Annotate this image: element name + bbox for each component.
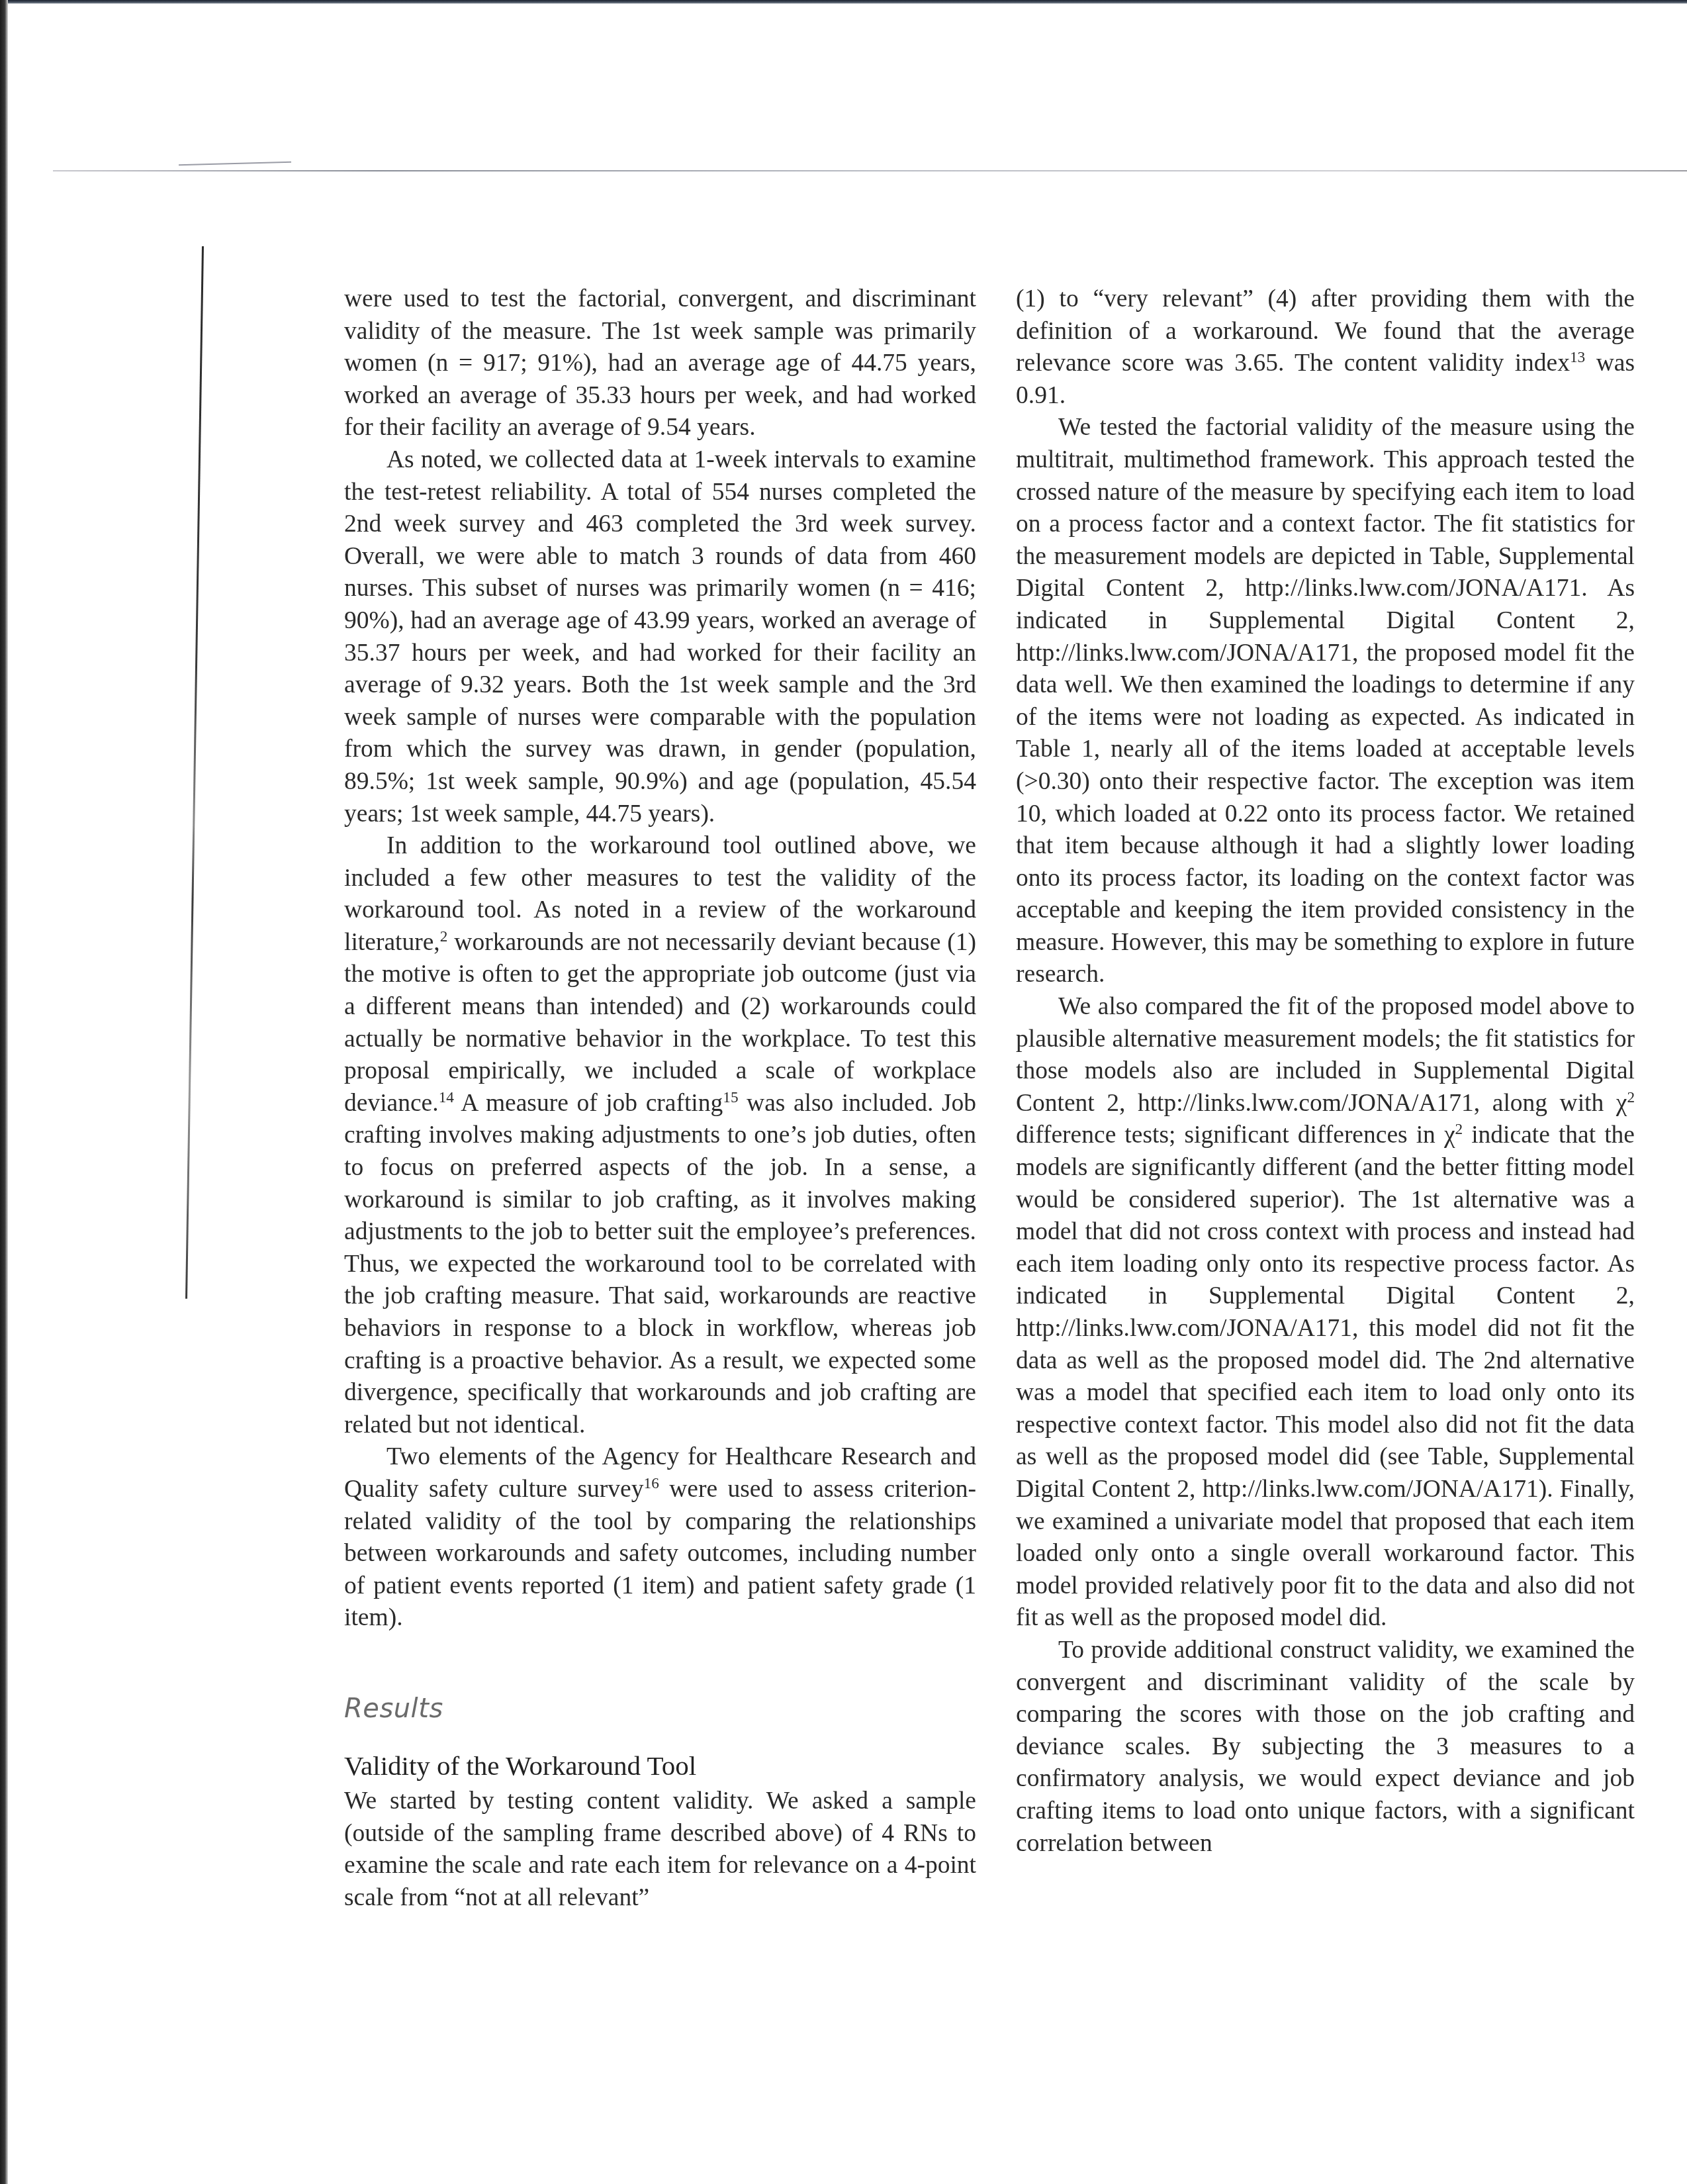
- citation-superscript: 14: [439, 1088, 454, 1106]
- paragraph: were used to test the factorial, converg…: [344, 283, 976, 444]
- citation-superscript: 13: [1570, 349, 1585, 366]
- paragraph: In addition to the workaround tool outli…: [344, 830, 976, 1441]
- paragraph: We started by testing content validity. …: [344, 1785, 976, 1914]
- header-rule-tab: [179, 162, 291, 166]
- text-run: We also compared the fit of the proposed…: [1016, 993, 1635, 1117]
- chi-square-exponent: 2: [1627, 1088, 1635, 1106]
- section-heading: Results: [344, 1690, 976, 1727]
- paragraph: To provide additional construct validity…: [1016, 1635, 1635, 1860]
- citation-superscript: 15: [723, 1088, 738, 1106]
- paragraph: As noted, we collected data at 1-week in…: [344, 444, 976, 830]
- chi-square-exponent: 2: [1455, 1121, 1463, 1138]
- header-rule: [53, 170, 1687, 171]
- text-run: A measure of job crafting: [454, 1090, 723, 1117]
- text-run: was also included. Job crafting involves…: [344, 1090, 976, 1439]
- citation-superscript: 2: [440, 927, 448, 945]
- left-column: were used to test the factorial, converg…: [344, 283, 976, 1914]
- text-run: indicate that the models are significant…: [1016, 1121, 1635, 1631]
- paragraph: We tested the factorial validity of the …: [1016, 412, 1635, 991]
- margin-bar: [185, 246, 204, 1299]
- scan-edge-left: [0, 0, 8, 2184]
- citation-superscript: 16: [644, 1474, 659, 1492]
- right-column: (1) to “very relevant” (4) after providi…: [1016, 283, 1635, 1860]
- scan-edge-top: [0, 0, 1687, 4]
- paragraph: We also compared the fit of the proposed…: [1016, 991, 1635, 1635]
- paragraph: (1) to “very relevant” (4) after providi…: [1016, 283, 1635, 412]
- text-run: (1) to “very relevant” (4) after providi…: [1016, 285, 1635, 377]
- text-run: difference tests; significant difference…: [1016, 1121, 1455, 1149]
- paragraph: Two elements of the Agency for Healthcar…: [344, 1441, 976, 1635]
- subsection-heading: Validity of the Workaround Tool: [344, 1747, 976, 1784]
